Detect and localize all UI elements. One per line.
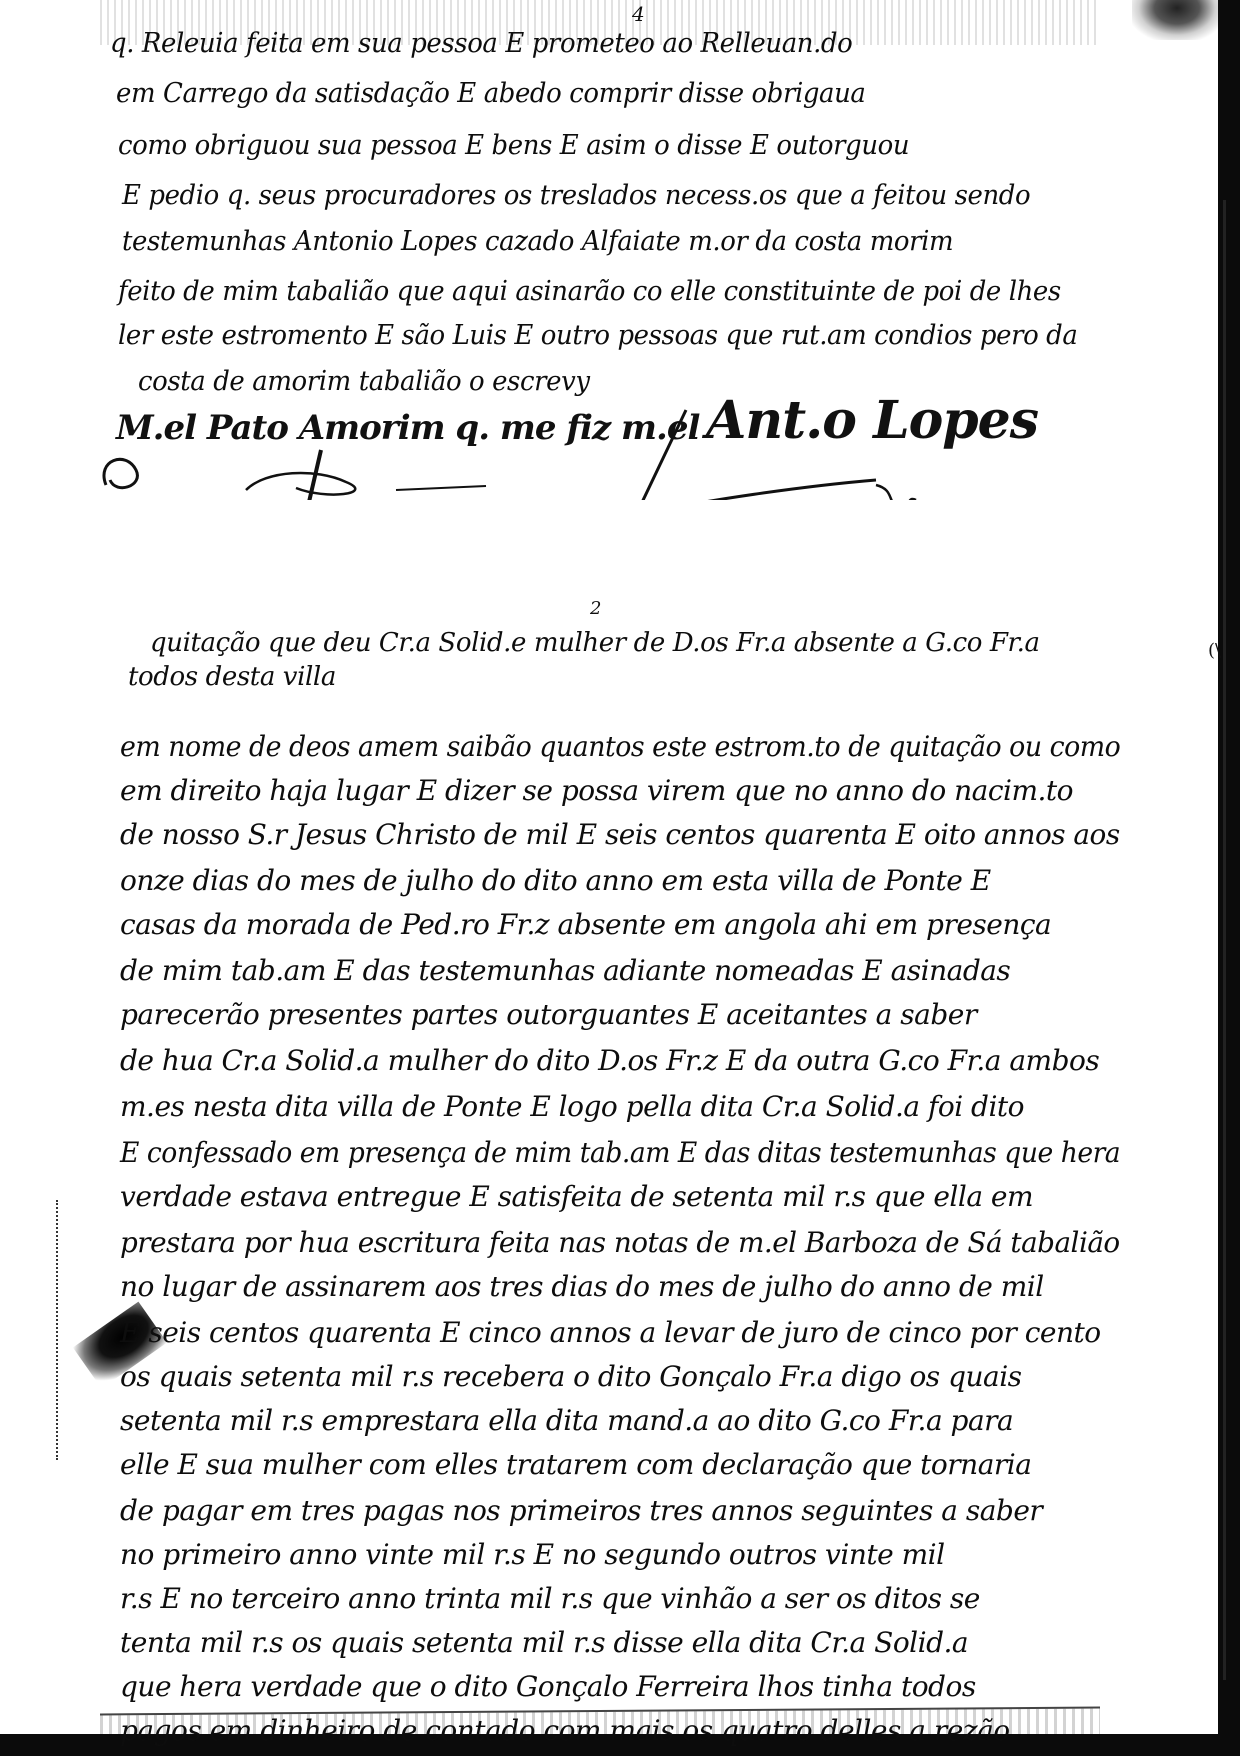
text-line: E pedio q. seus procuradores os treslado…	[122, 180, 1082, 211]
text-line: setenta mil r.s emprestara ella dita man…	[120, 1404, 1120, 1437]
signature-block: M.el Pato Amorim q. me fiz m.el Ant.o Lo…	[96, 390, 1016, 490]
text-line: E seis centos quarenta E cinco annos a l…	[120, 1316, 1120, 1349]
left-margin-trace	[56, 1200, 60, 1460]
text-line: testemunhas Antonio Lopes cazado Alfaiat…	[122, 226, 1082, 257]
text-line: verdade estava entregue E satisfeita de …	[120, 1180, 1120, 1213]
text-line: em direito haja lugar E dizer se possa v…	[120, 774, 1120, 807]
section-mark: 2	[590, 598, 601, 619]
text-line: em nome de deos amem saibão quantos este…	[120, 730, 1076, 763]
text-line: de nosso S.r Jesus Christo de mil E seis…	[120, 818, 1116, 851]
text-line: m.es nesta dita villa de Ponte E logo pe…	[120, 1090, 1120, 1123]
text-line: como obriguou sua pessoa E bens E asim o…	[118, 130, 1078, 161]
page-edge-line	[1223, 200, 1226, 1680]
text-line: casas da morada de Ped.ro Fr.z absente e…	[120, 908, 1120, 941]
text-line: r.s E no terceiro anno trinta mil r.s qu…	[120, 1582, 1120, 1615]
text-line: q. Releuia feita em sua pessoa E promete…	[110, 28, 1070, 59]
text-line: de pagar em tres pagas nos primeiros tre…	[120, 1494, 1120, 1527]
text-line: elle E sua mulher com elles tratarem com…	[120, 1448, 1120, 1481]
text-line: feito de mim tabalião que aqui asinarão …	[118, 276, 1078, 307]
deed-heading: quitação que deu Cr.a Solid.e mulher de …	[150, 628, 1040, 658]
scan-border-right	[1218, 0, 1240, 1756]
deed-heading: todos desta villa	[128, 662, 336, 692]
notary-signature: M.el Pato Amorim q. me fiz m.el	[116, 408, 699, 448]
text-line: de hua Cr.a Solid.a mulher do dito D.os …	[120, 1044, 1120, 1077]
text-line: onze dias do mes de julho do dito anno e…	[120, 864, 1120, 897]
manuscript-page: 4 q. Releuia feita em sua pessoa E prome…	[0, 0, 1240, 1756]
margin-mark: (\	[1208, 640, 1221, 661]
party-signature: Ant.o Lopes	[706, 390, 1038, 451]
text-line: pagos em dinheiro de contado com mais os…	[120, 1714, 1120, 1747]
text-line: tenta mil r.s os quais setenta mil r.s d…	[120, 1626, 1120, 1659]
scan-stain-top-right	[1132, 0, 1222, 40]
text-line: ler este estromento E são Luis E outro p…	[118, 320, 1078, 351]
text-line: prestara por hua escritura feita nas not…	[120, 1226, 1113, 1259]
text-line: no lugar de assinarem aos tres dias do m…	[120, 1270, 1120, 1303]
text-line: os quais setenta mil r.s recebera o dito…	[120, 1360, 1120, 1393]
text-line: no primeiro anno vinte mil r.s E no segu…	[120, 1538, 1120, 1571]
text-line: parecerão presentes partes outorguantes …	[120, 998, 1120, 1031]
text-line: de mim tab.am E das testemunhas adiante …	[120, 954, 1120, 987]
text-line: em Carrego da satisdação E abedo comprir…	[116, 78, 1076, 109]
text-line: E confessado em presença de mim tab.am E…	[120, 1136, 1069, 1169]
text-line: que hera verdade que o dito Gonçalo Ferr…	[120, 1670, 1120, 1703]
folio-mark: 4	[632, 2, 645, 26]
